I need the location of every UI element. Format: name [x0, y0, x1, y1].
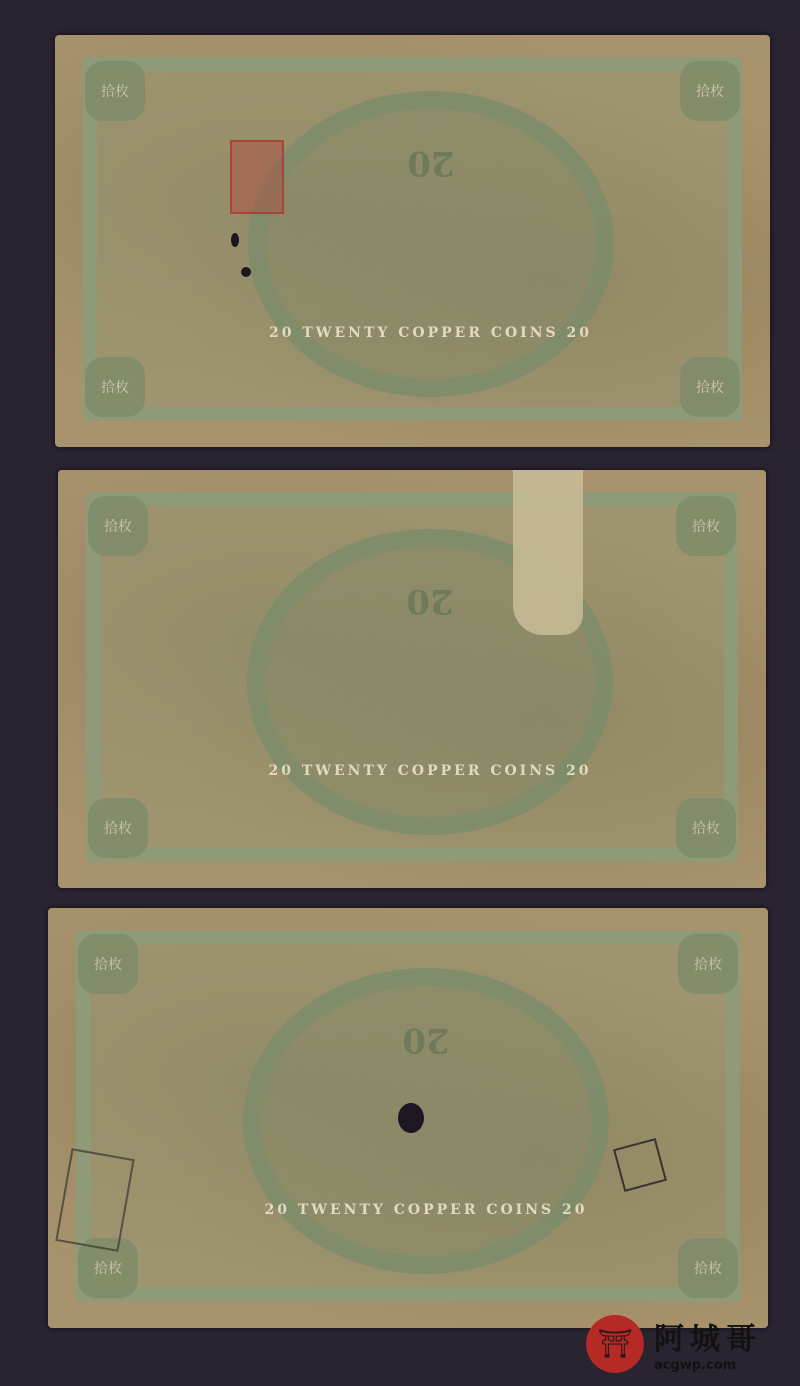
watermark-url: acgwp.com — [654, 1358, 762, 1373]
central-vignette: 20 20 TWENTY COPPER COINS 20 — [243, 968, 609, 1274]
paper-tear — [513, 470, 583, 635]
gate-tower-icon: ⛩ — [586, 1315, 644, 1373]
corner-emblem: 拾枚 — [88, 496, 148, 556]
banknote-2: 拾枚 拾枚 拾枚 拾枚 20 20 TWENTY COPPER COINS 20 — [58, 470, 766, 888]
corner-emblem: 拾枚 — [78, 934, 138, 994]
corner-emblem: 拾枚 — [680, 357, 740, 417]
site-watermark: ⛩ 阿城哥 acgwp.com — [586, 1314, 762, 1373]
corner-emblem: 拾枚 — [680, 61, 740, 121]
hole — [241, 267, 251, 277]
corner-emblem: 拾枚 — [678, 1238, 738, 1298]
corner-emblem: 拾枚 — [88, 798, 148, 858]
banknote-3: 拾枚 拾枚 拾枚 拾枚 20 20 TWENTY COPPER COINS 20 — [48, 908, 768, 1328]
corner-emblem: 拾枚 — [676, 798, 736, 858]
denomination-text: 20 TWENTY COPPER COINS 20 — [265, 1202, 588, 1218]
central-vignette: 20 20 TWENTY COPPER COINS 20 — [248, 91, 614, 397]
denomination: 20 — [407, 143, 454, 183]
denomination-text: 20 TWENTY COPPER COINS 20 — [269, 325, 592, 341]
watermark-name: 阿城哥 — [654, 1314, 762, 1358]
corner-emblem: 拾枚 — [676, 496, 736, 556]
denomination-text: 20 TWENTY COPPER COINS 20 — [269, 763, 592, 779]
hole — [398, 1103, 424, 1133]
hole — [231, 233, 239, 247]
corner-emblem: 拾枚 — [678, 934, 738, 994]
red-seal — [230, 140, 284, 214]
denomination: 20 — [406, 581, 453, 621]
banknote-1: 拾枚 拾枚 拾枚 拾枚 20 20 TWENTY COPPER COINS 20 — [55, 35, 770, 447]
denomination: 20 — [402, 1020, 449, 1060]
corner-emblem: 拾枚 — [85, 357, 145, 417]
corner-emblem: 拾枚 — [85, 61, 145, 121]
